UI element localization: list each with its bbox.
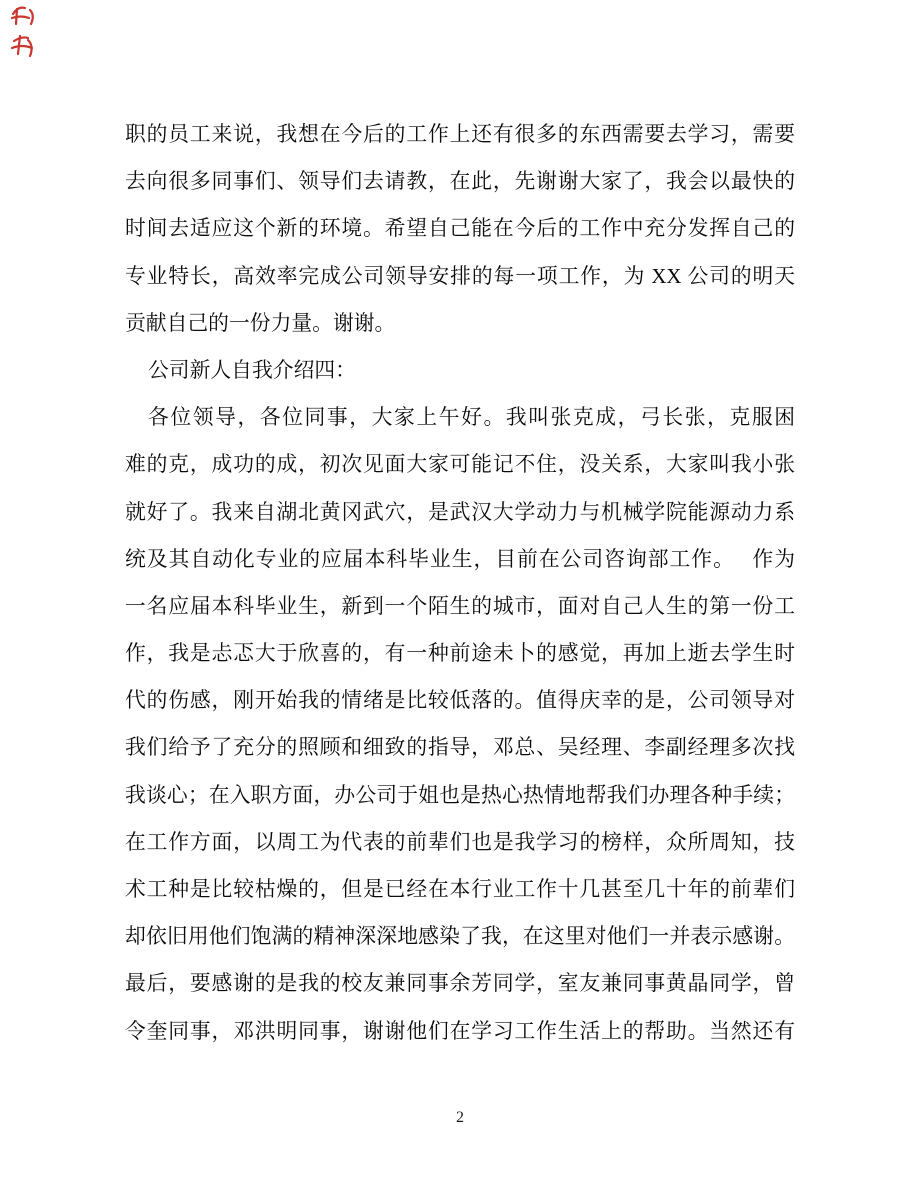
body-text: 职的员工来说，我想在今后的工作上还有很多的东西需要去学习，需要 去向很多同事们、… <box>125 111 795 1055</box>
text-line: 专业特长，高效率完成公司领导安排的每一项工作，为 XX 公司的明天 <box>125 253 795 300</box>
text-line: 一名应届本科毕业生，新到一个陌生的城市，面对自己人生的第一份工 <box>125 583 795 630</box>
text-line: 职的员工来说，我想在今后的工作上还有很多的东西需要去学习，需要 <box>125 111 795 158</box>
text-line: 去向很多同事们、领导们去请教，在此，先谢谢大家了，我会以最快的 <box>125 158 795 205</box>
text-line: 我们给予了充分的照顾和细致的指导，邓总、吴经理、李副经理多次找 <box>125 724 795 771</box>
text-line: 令奎同事，邓洪明同事，谢谢他们在学习工作生活上的帮助。当然还有 <box>125 1008 795 1055</box>
text-line: 术工种是比较枯燥的，但是已经在本行业工作十几甚至几十年的前辈们 <box>125 866 795 913</box>
text-line: 最后，要感谢的是我的校友兼同事余芳同学，室友兼同事黄晶同学，曾 <box>125 960 795 1007</box>
text-line: 难的克，成功的成，初次见面大家可能记不住，没关系，大家叫我小张 <box>125 441 795 488</box>
text-line: 代的伤感，刚开始我的情绪是比较低落的。值得庆幸的是，公司领导对 <box>125 677 795 724</box>
text-line: 我谈心；在入职方面，办公司于姐也是热心热情地帮我们办理各种手续； <box>125 772 795 819</box>
text-line: 作，我是忐忑大于欣喜的，有一种前途未卜的感觉，再加上逝去学生时 <box>125 630 795 677</box>
document-page: 职的员工来说，我想在今后的工作上还有很多的东西需要去学习，需要 去向很多同事们、… <box>0 0 920 1192</box>
text-line: 就好了。我来自湖北黄冈武穴，是武汉大学动力与机械学院能源动力系 <box>125 489 795 536</box>
text-line: 贡献自己的一份力量。谢谢。 <box>125 300 795 347</box>
text-line: 统及其自动化专业的应届本科毕业生，目前在公司咨询部工作。 作为 <box>125 536 795 583</box>
text-line: 在工作方面，以周工为代表的前辈们也是我学习的榜样，众所周知，技 <box>125 819 795 866</box>
page-number: 2 <box>0 1106 920 1130</box>
text-line: 时间去适应这个新的环境。希望自己能在今后的工作中充分发挥自己的 <box>125 205 795 252</box>
section-heading-line: 公司新人自我介绍四： <box>125 347 795 394</box>
red-scribble-stamp-icon <box>9 3 37 61</box>
text-line: 却依旧用他们饱满的精神深深地感染了我，在这里对他们一并表示感谢。 <box>125 913 795 960</box>
text-line: 各位领导，各位同事，大家上午好。我叫张克成，弓长张，克服困 <box>125 394 795 441</box>
